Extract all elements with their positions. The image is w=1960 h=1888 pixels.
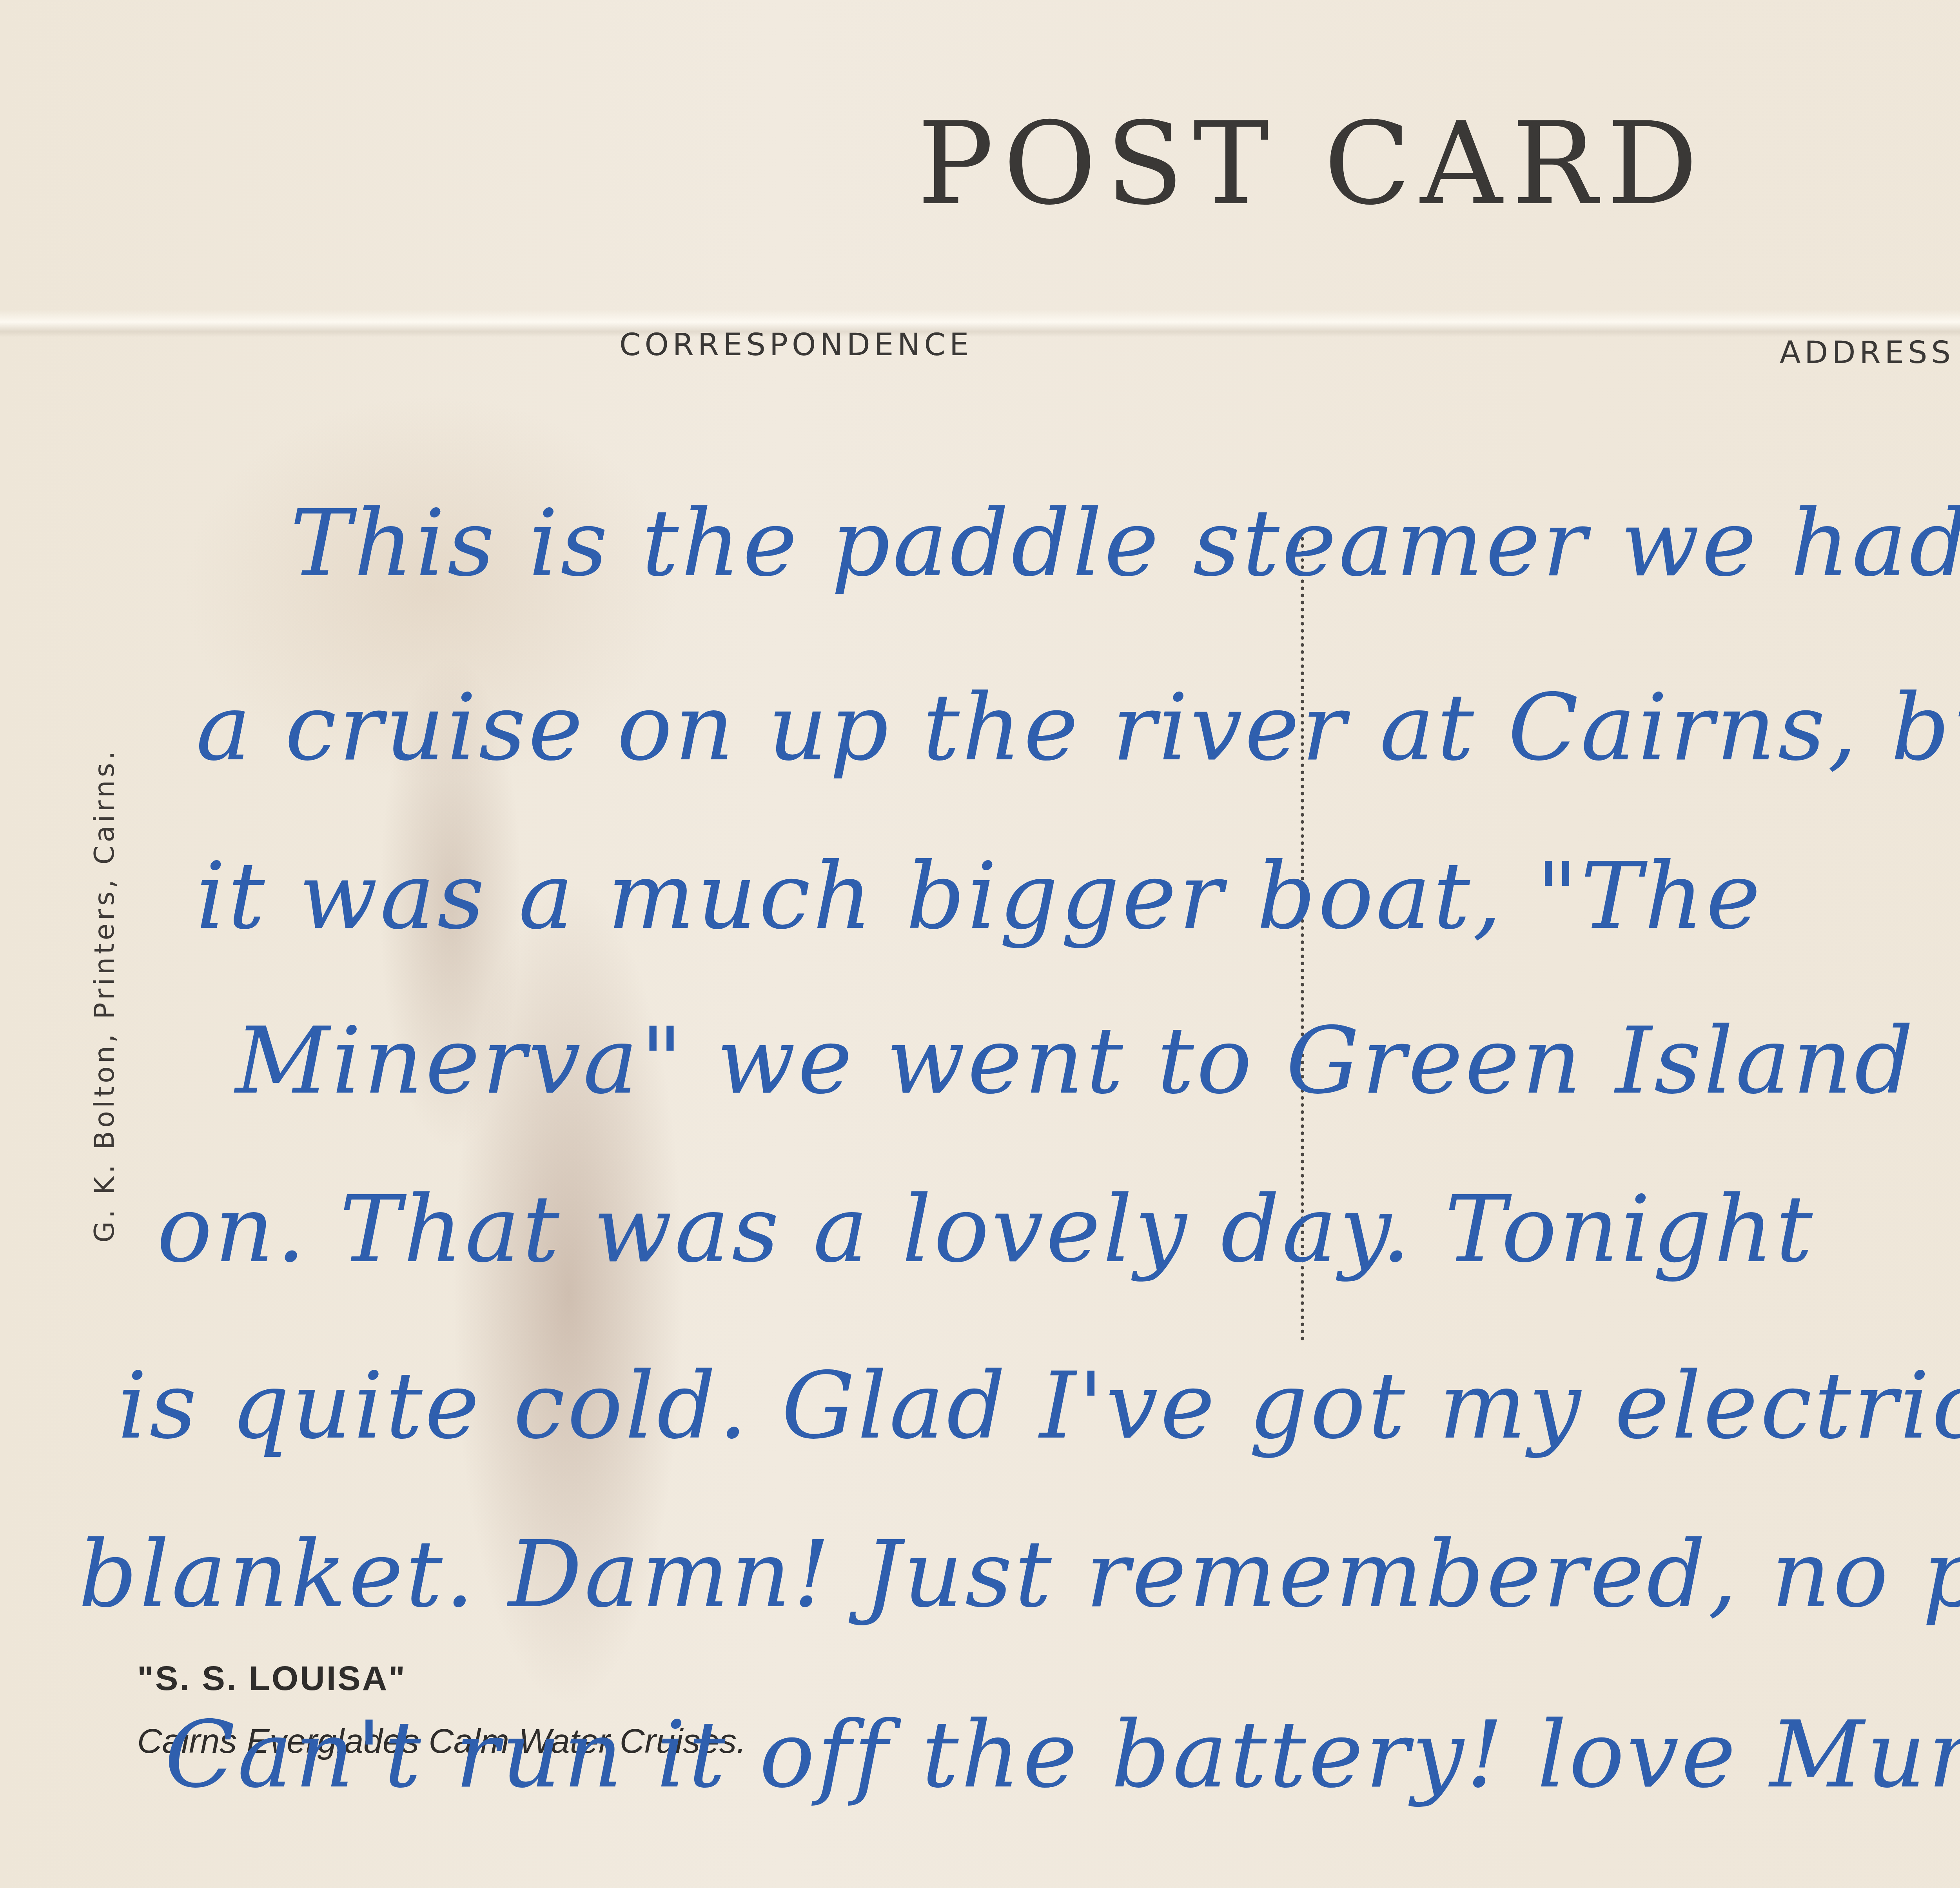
handwritten-line: This is the paddle steamer we had (290, 490, 1960, 597)
correspondence-label: CORRESPONDENCE (619, 327, 973, 363)
handwritten-line: on. That was a lovely day. Tonight (157, 1176, 1815, 1283)
handwritten-line: blanket. Damn! Just remembered, no power… (78, 1521, 1960, 1628)
address-label: ADDRESS (1780, 335, 1955, 370)
caption-title: "S. S. LOUISA" (137, 1658, 407, 1698)
handwritten-line: it was a much bigger boat, "The (196, 843, 1763, 950)
handwritten-line: is quite cold. Glad I've got my electric (118, 1352, 1960, 1460)
handwritten-line: a cruise on up the river at Cairns, but (196, 674, 1960, 781)
handwritten-line: Can't run it off the battery! love Mum. (165, 1701, 1960, 1808)
handwritten-line: Minerva" we went to Green Island (235, 1008, 1916, 1115)
fold-crease (0, 310, 1960, 337)
postcard-title: POST CARD (917, 98, 1707, 230)
postcard-back: POST CARD CORRESPONDENCE ADDRESS PLACE S… (0, 0, 1960, 1888)
printer-credit: G. K. Bolton, Printers, Cairns. (88, 748, 120, 1243)
